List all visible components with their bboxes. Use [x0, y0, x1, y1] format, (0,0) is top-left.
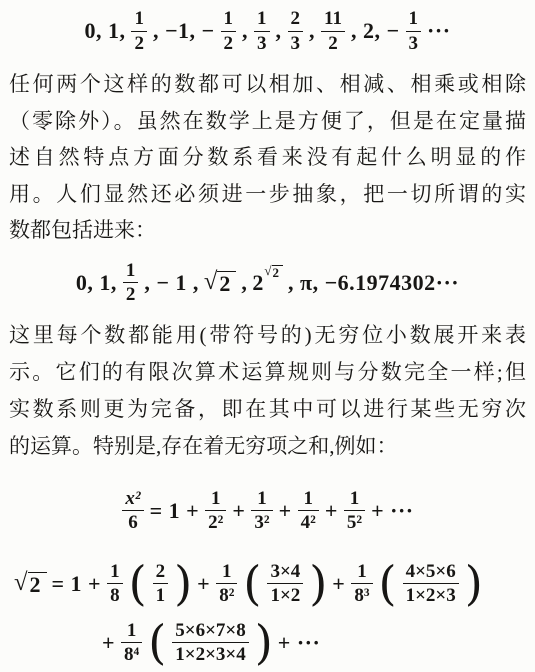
math-text: , − 1 ,	[144, 270, 199, 296]
denominator: 2	[123, 283, 139, 305]
denominator: 3	[288, 32, 304, 54]
numerator: 11	[321, 8, 345, 31]
denominator: 3	[254, 32, 270, 54]
math-text: +	[102, 630, 115, 656]
fraction: 4×5×61×2×3	[403, 561, 459, 607]
formula-real-numbers: 0, 1,12, − 1 ,√2,2√2, π, −6.1974302···	[0, 255, 535, 311]
numerator: 1	[254, 8, 270, 31]
math-text: ,	[241, 270, 247, 296]
math-text: , π, −6.1974302···	[288, 270, 459, 296]
left-paren: (	[379, 565, 397, 603]
formula-rational-numbers: 0, 1,12, −1, −12,13,23,112, 2, −13···	[0, 4, 535, 58]
math-text: ,	[309, 18, 315, 44]
text-line: 述自然特点方面分数系看来没有起什么明显的作	[9, 139, 526, 176]
math-text: + ···	[278, 630, 321, 656]
numerator: 1	[344, 488, 365, 511]
denominator: 3²	[251, 511, 272, 533]
numerator: 1	[216, 561, 237, 584]
denominator: 6	[122, 511, 143, 533]
radical-icon: √	[264, 265, 271, 279]
radicand: 2	[217, 271, 236, 295]
numerator: 1	[406, 8, 422, 31]
math-text: 0, 1,	[76, 270, 117, 296]
text-line: 的运算。特别是,存在着无穷项之和,例如：	[9, 428, 526, 465]
denominator: 2	[221, 32, 237, 54]
numerator: 1	[123, 260, 139, 283]
text-line: 这里每个数都能用(带符号的)无穷位小数展开来表	[9, 317, 526, 354]
fraction: 13	[406, 8, 422, 54]
left-paren: (	[129, 565, 147, 603]
fraction: 12	[131, 8, 147, 54]
denominator: 8	[107, 584, 123, 606]
book-page: 0, 1,12, −1, −12,13,23,112, 2, −13··· 任何…	[0, 0, 535, 672]
formula-sqrt2-series-line2: +18⁴(5×6×7×81×2×3×4)+ ···	[0, 615, 535, 671]
math-text: ,	[276, 18, 282, 44]
denominator: 4²	[298, 511, 319, 533]
fraction: 18	[107, 561, 123, 607]
square-root: √2	[14, 572, 47, 596]
right-paren: )	[174, 565, 192, 603]
denominator: 1×2×3×4	[172, 643, 248, 665]
paragraph-reals: 这里每个数都能用(带符号的)无穷位小数展开来表 示。它们的有限次算术运算规则与分…	[0, 317, 535, 465]
numerator: 2	[153, 561, 169, 584]
power-base: 2	[252, 272, 263, 294]
math-text: +	[197, 571, 210, 597]
math-text: 0, 1,	[84, 18, 125, 44]
square-root: √2	[204, 271, 237, 295]
formula-basel-series: x²6= 1 +12²+13²+14²+15²+ ···	[0, 479, 535, 543]
fraction: 12	[123, 260, 139, 306]
math-text: = 1 +	[150, 498, 200, 524]
text-line: 数都包括进来：	[9, 212, 526, 249]
math-text: ···	[427, 18, 451, 44]
denominator: 1×2×3	[403, 584, 459, 606]
math-text: +	[232, 498, 245, 524]
power-exponent: √2	[264, 265, 283, 279]
numerator: 1	[121, 620, 142, 643]
radical-icon: √	[14, 572, 28, 595]
math-text: +	[332, 571, 345, 597]
fraction: 112	[321, 8, 345, 54]
right-paren: )	[255, 624, 273, 662]
denominator: 3	[406, 32, 422, 54]
numerator: 2	[288, 8, 304, 31]
denominator: 2²	[205, 511, 226, 533]
right-paren: )	[465, 565, 483, 603]
denominator: 2	[131, 32, 147, 54]
text-line: 示。它们的有限次算术运算规则与分数完全一样;但	[9, 354, 526, 391]
numerator: 1	[205, 488, 226, 511]
fraction: 5×6×7×81×2×3×4	[172, 620, 248, 666]
math-text: ,	[242, 18, 248, 44]
denominator: 1	[153, 584, 169, 606]
fraction: 12²	[205, 488, 226, 534]
denominator: 5²	[344, 511, 365, 533]
math-text: +	[325, 498, 338, 524]
fraction: 18²	[216, 561, 237, 607]
numerator: 1	[131, 8, 147, 31]
denominator: 2	[321, 32, 345, 54]
fraction: x²6	[122, 488, 143, 534]
numerator: 1	[298, 488, 319, 511]
math-text: +	[279, 498, 292, 524]
math-text: + ···	[371, 498, 414, 524]
text-line: 用。人们显然还必须进一步抽象，把一切所谓的实	[9, 176, 526, 213]
numerator: 4×5×6	[403, 561, 459, 584]
numerator: 1	[221, 8, 237, 31]
math-text: , −1, −	[153, 18, 215, 44]
numerator: 3×4	[267, 561, 303, 584]
text-line: （零除外）。虽然在数学上是方便了，但是在定量描	[9, 103, 526, 140]
fraction: 18³	[351, 561, 372, 607]
denominator: 8²	[216, 584, 237, 606]
fraction: 14²	[298, 488, 319, 534]
fraction: 23	[288, 8, 304, 54]
math-text: , 2, −	[351, 18, 400, 44]
denominator: 1×2	[267, 584, 303, 606]
left-paren: (	[243, 565, 261, 603]
fraction: 13	[254, 8, 270, 54]
power: 2√2	[252, 272, 283, 294]
fraction: 13²	[251, 488, 272, 534]
fraction: 21	[153, 561, 169, 607]
fraction: 18⁴	[121, 620, 142, 666]
denominator: 8⁴	[121, 643, 142, 665]
numerator: 5×6×7×8	[172, 620, 248, 643]
formula-sqrt2-series-line1: √2= 1 +18(21)+18²(3×41×2)+18³(4×5×61×2×3…	[0, 553, 535, 615]
radicand: 2	[28, 572, 47, 596]
text-line: 任何两个这样的数都可以相加、相减、相乘或相除	[9, 66, 526, 103]
right-paren: )	[309, 565, 327, 603]
fraction: 15²	[344, 488, 365, 534]
numerator: 1	[351, 561, 372, 584]
fraction: 3×41×2	[267, 561, 303, 607]
numerator: x²	[122, 488, 143, 511]
radical-icon: √	[204, 271, 218, 294]
left-paren: (	[148, 624, 166, 662]
numerator: 1	[251, 488, 272, 511]
paragraph-fractions: 任何两个这样的数都可以相加、相减、相乘或相除 （零除外）。虽然在数学上是方便了，…	[0, 66, 535, 249]
math-text: = 1 +	[52, 571, 102, 597]
radicand: 2	[272, 265, 284, 279]
fraction: 12	[221, 8, 237, 54]
numerator: 1	[107, 561, 123, 584]
text-line: 实数系则更为完备，即在其中可以进行某些无穷次	[9, 391, 526, 428]
denominator: 8³	[351, 584, 372, 606]
